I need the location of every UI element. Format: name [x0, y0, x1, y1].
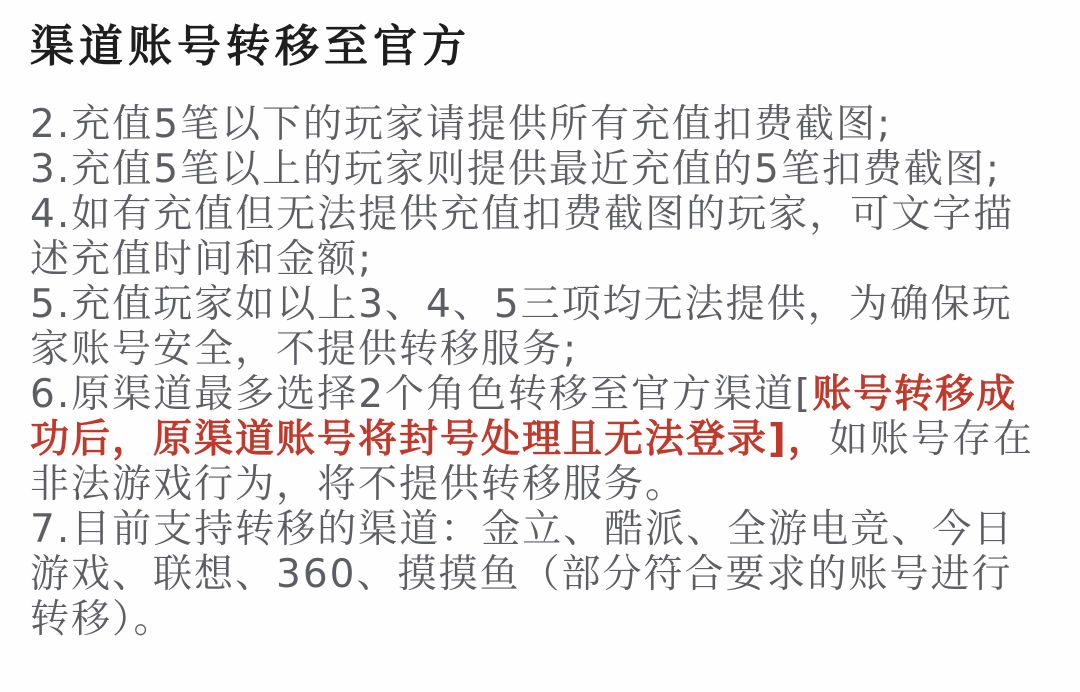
notice-body: 2.充值5笔以下的玩家请提供所有充值扣费截图; 3.充值5笔以上的玩家则提供最近…	[30, 102, 1050, 642]
rule-item-4-text: 4.如有充值但无法提供充值扣费截图的玩家，可文字描述充值时间和金额;	[30, 192, 1014, 282]
rule-item-6-pre-text: 6.原渠道最多选择2个角色转移至官方渠道[	[30, 372, 812, 417]
rule-item-3: 3.充值5笔以上的玩家则提供最近充值的5笔扣费截图;	[30, 147, 1050, 192]
notice-page: 渠道账号转移至官方 2.充值5笔以下的玩家请提供所有充值扣费截图; 3.充值5笔…	[0, 0, 1080, 692]
rule-item-5-text: 5.充值玩家如以上3、4、5三项均无法提供，为确保玩家账号安全，不提供转移服务;	[30, 282, 1013, 372]
rule-item-6: 6.原渠道最多选择2个角色转移至官方渠道[账号转移成功后，原渠道账号将封号处理且…	[30, 372, 1050, 507]
rule-item-7-text: 7.目前支持转移的渠道：金立、酷派、全游电竞、今日游戏、联想、360、摸摸鱼（部…	[30, 507, 1014, 642]
rule-item-4: 4.如有充值但无法提供充值扣费截图的玩家，可文字描述充值时间和金额;	[30, 192, 1050, 282]
page-title: 渠道账号转移至官方	[30, 18, 1050, 76]
rule-item-5: 5.充值玩家如以上3、4、5三项均无法提供，为确保玩家账号安全，不提供转移服务;	[30, 282, 1050, 372]
rule-item-3-text: 3.充值5笔以上的玩家则提供最近充值的5笔扣费截图;	[30, 147, 1001, 192]
rule-item-2: 2.充值5笔以下的玩家请提供所有充值扣费截图;	[30, 102, 1050, 147]
rule-item-7: 7.目前支持转移的渠道：金立、酷派、全游电竞、今日游戏、联想、360、摸摸鱼（部…	[30, 507, 1050, 642]
rule-item-2-text: 2.充值5笔以下的玩家请提供所有充值扣费截图;	[30, 102, 892, 147]
